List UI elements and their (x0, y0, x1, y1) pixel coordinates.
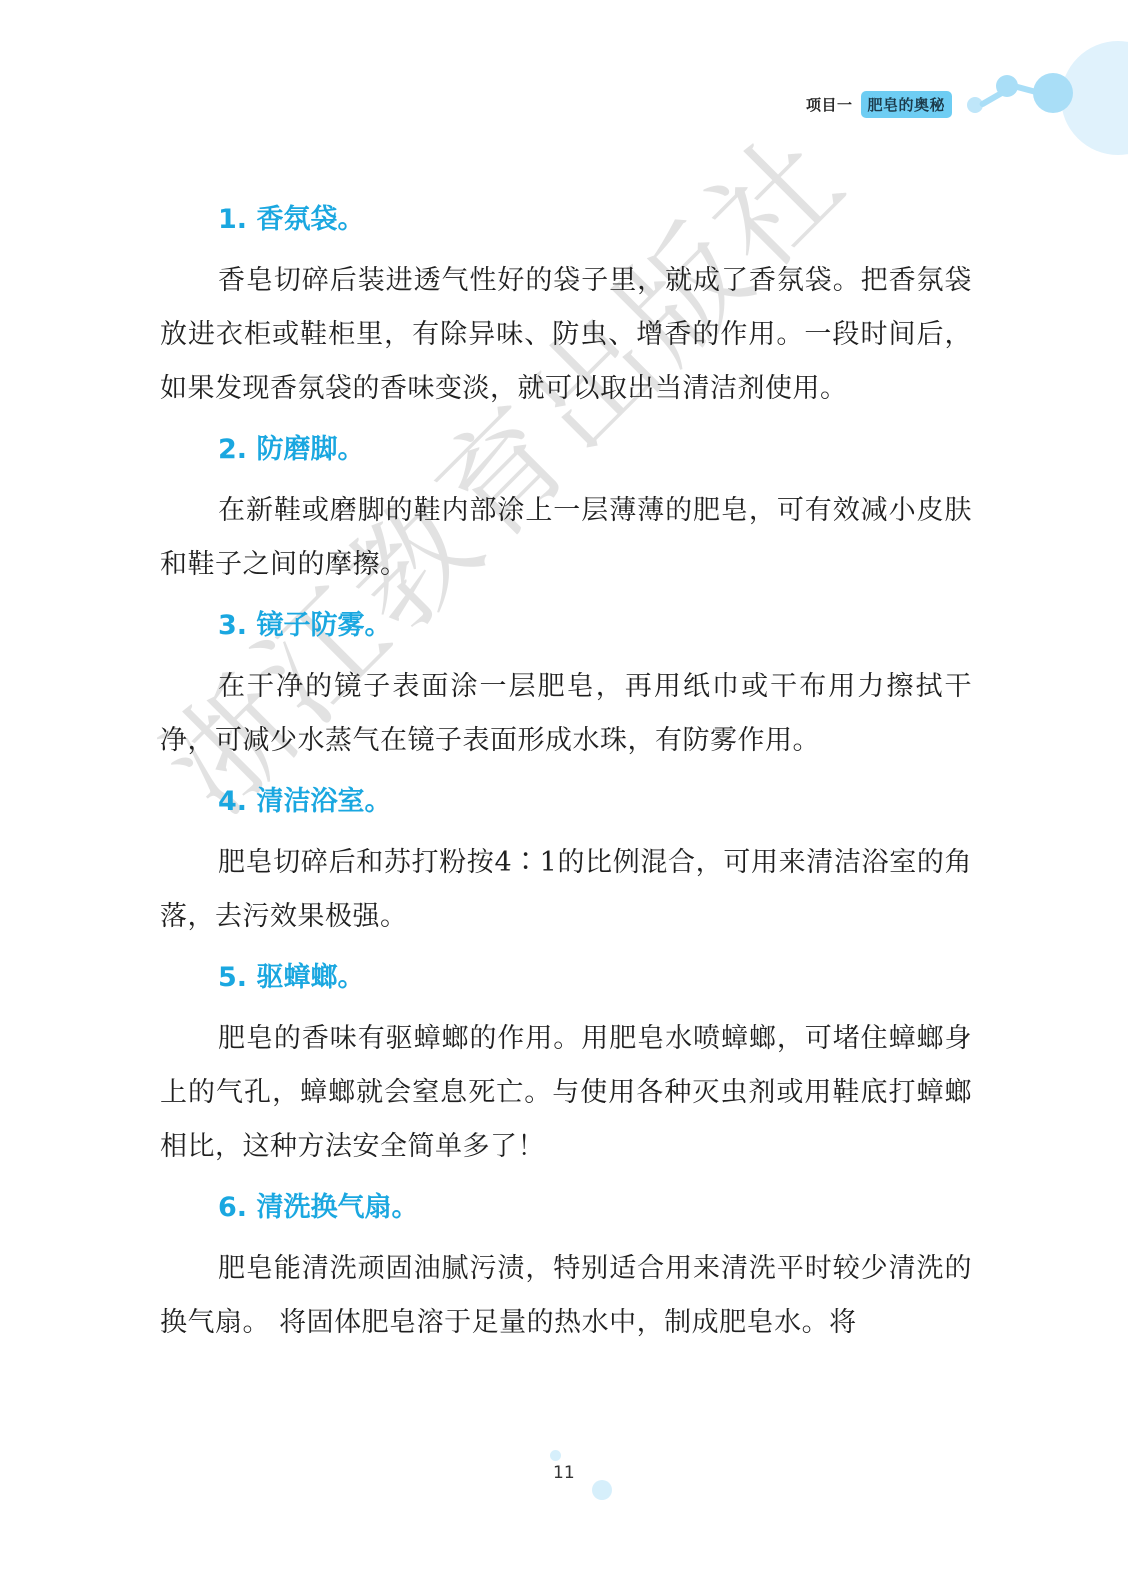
decorative-dot (550, 1450, 561, 1461)
section-cockroach-repel: 5. 驱蟑螂。 肥皂的香味有驱蟑螂的作用。用肥皂水喷蟑螂，可堵住蟑螂身上的气孔，… (160, 948, 972, 1174)
project-label: 项目一 (806, 94, 853, 115)
section-scent-bag: 1. 香氛袋。 香皂切碎后装进透气性好的袋子里，就成了香氛袋。把香氛袋放进衣柜或… (160, 190, 972, 416)
section-heading: 3. 镜子防雾。 (160, 596, 972, 656)
decorative-bubble-link (979, 88, 1008, 108)
section-paragraph: 肥皂的香味有驱蟑螂的作用。用肥皂水喷蟑螂，可堵住蟑螂身上的气孔，蟑螂就会窒息死亡… (160, 1012, 972, 1174)
section-heading: 4. 清洁浴室。 (160, 772, 972, 832)
section-paragraph: 香皂切碎后装进透气性好的袋子里，就成了香氛袋。把香氛袋放进衣柜或鞋柜里，有除异味… (160, 254, 972, 416)
section-heading: 2. 防磨脚。 (160, 420, 972, 480)
section-heading: 6. 清洗换气扇。 (160, 1178, 972, 1238)
section-paragraph: 在新鞋或磨脚的鞋内部涂上一层薄薄的肥皂，可有效减小皮肤和鞋子之间的摩擦。 (160, 484, 972, 592)
chapter-title-badge: 肥皂的奥秘 (861, 91, 953, 118)
decorative-dot (592, 1480, 612, 1500)
decorative-bubble (1033, 73, 1073, 113)
page-content: 1. 香氛袋。 香皂切碎后装进透气性好的袋子里，就成了香氛袋。把香氛袋放进衣柜或… (160, 190, 972, 1350)
section-bathroom-cleaning: 4. 清洁浴室。 肥皂切碎后和苏打粉按4∶1的比例混合，可用来清洁浴室的角落，去… (160, 772, 972, 944)
section-paragraph: 在干净的镜子表面涂一层肥皂，再用纸巾或干布用力擦拭干净，可减少水蒸气在镜子表面形… (160, 660, 972, 768)
running-header: 项目一 肥皂的奥秘 (806, 90, 952, 118)
section-paragraph: 肥皂切碎后和苏打粉按4∶1的比例混合，可用来清洁浴室的角落，去污效果极强。 (160, 836, 972, 944)
section-heading: 5. 驱蟑螂。 (160, 948, 972, 1008)
section-mirror-antifog: 3. 镜子防雾。 在干净的镜子表面涂一层肥皂，再用纸巾或干布用力擦拭干净，可减少… (160, 596, 972, 768)
section-fan-cleaning: 6. 清洗换气扇。 肥皂能清洗顽固油腻污渍，特别适合用来清洗平时较少清洗的换气扇… (160, 1178, 972, 1350)
section-heading: 1. 香氛袋。 (160, 190, 972, 250)
page-number: 11 (553, 1463, 575, 1483)
section-anti-blister: 2. 防磨脚。 在新鞋或磨脚的鞋内部涂上一层薄薄的肥皂，可有效减小皮肤和鞋子之间… (160, 420, 972, 592)
section-paragraph: 肥皂能清洗顽固油腻污渍，特别适合用来清洗平时较少清洗的换气扇。 将固体肥皂溶于足… (160, 1242, 972, 1350)
